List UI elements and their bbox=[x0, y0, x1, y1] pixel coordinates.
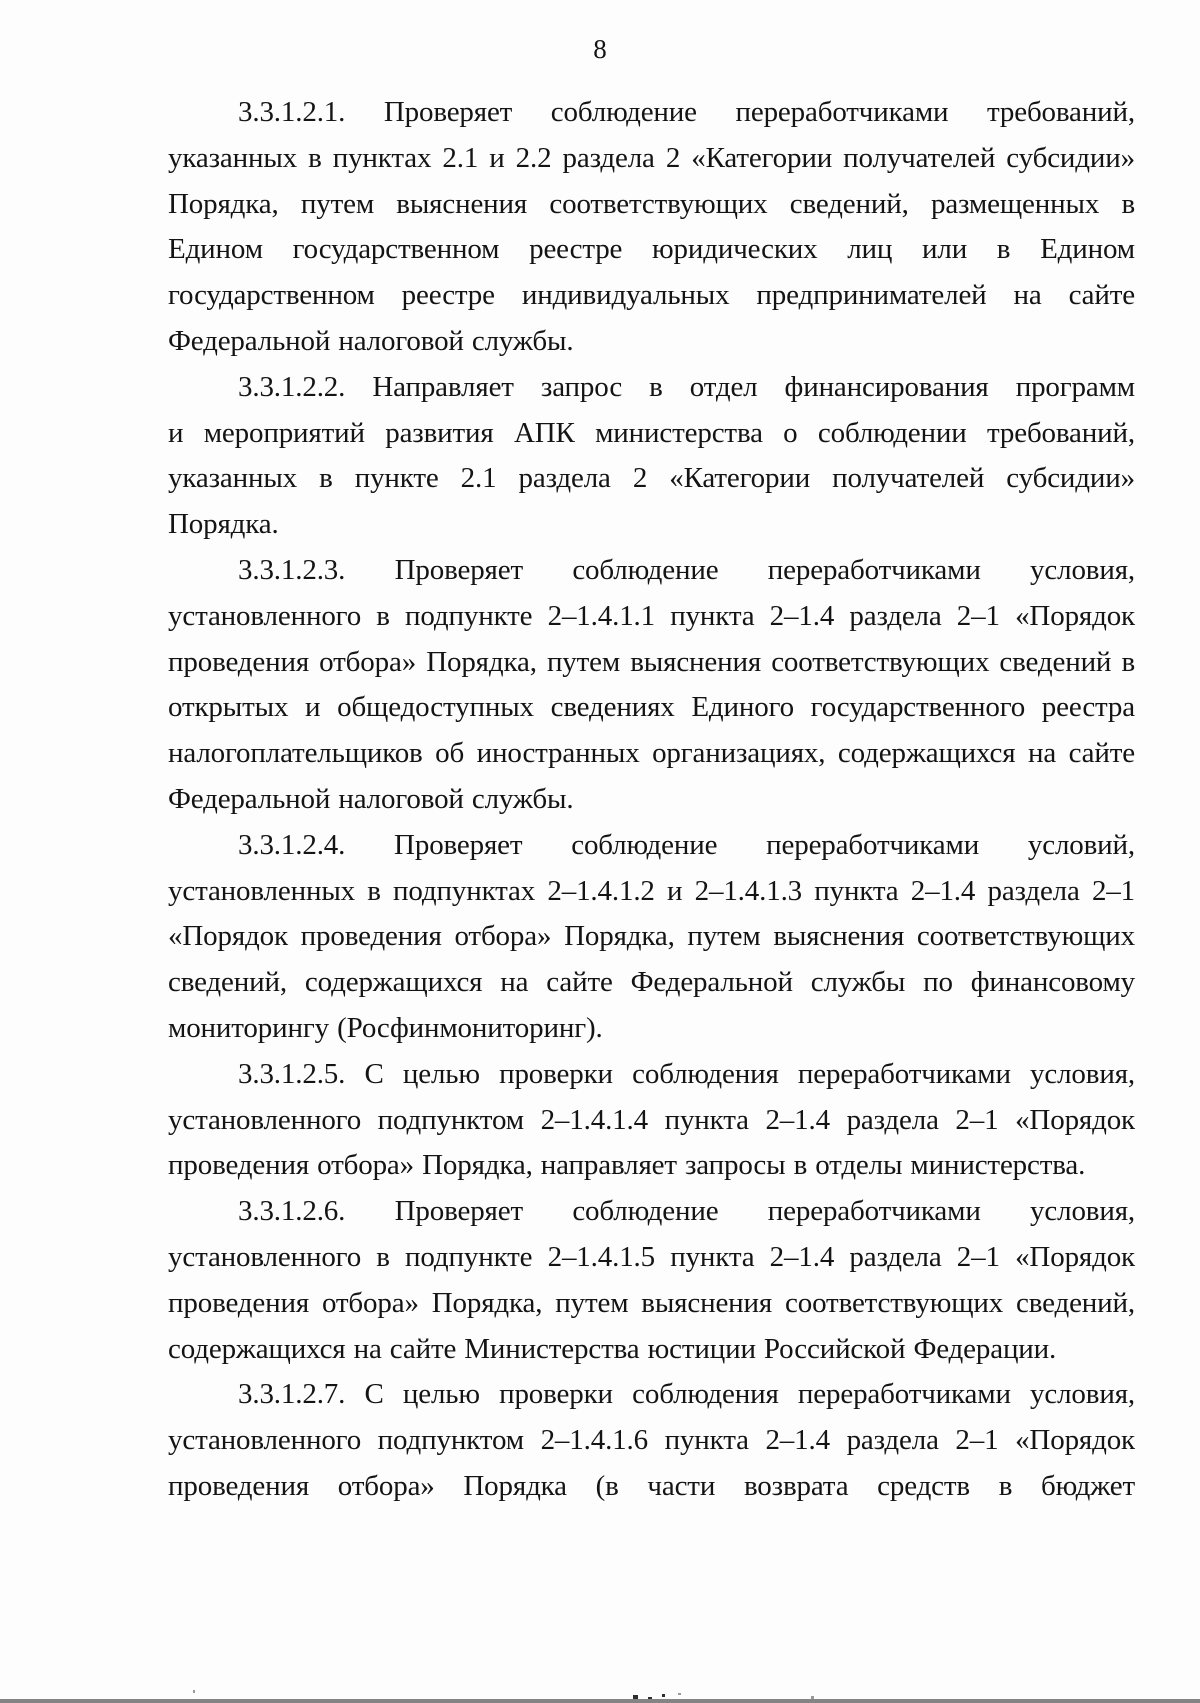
page-number: 8 bbox=[0, 34, 1200, 64]
text-line: Едином государственном реестре юридическ… bbox=[168, 227, 1135, 273]
text-line: и мероприятий развития АПК министерства … bbox=[168, 411, 1135, 457]
text-line: указанных в пунктах 2.1 и 2.2 раздела 2 … bbox=[168, 136, 1135, 182]
text-line: «Порядок проведения отбора» Порядка, пут… bbox=[168, 914, 1135, 960]
text-line: 3.3.1.2.6. Проверяет соблюдение перерабо… bbox=[168, 1189, 1135, 1235]
paragraph-3-3-1-2-1: 3.3.1.2.1. Проверяет соблюдение перерабо… bbox=[168, 90, 1135, 365]
text-line: проведения отбора» Порядка (в части возв… bbox=[168, 1464, 1135, 1510]
text-line: сведений, содержащихся на сайте Федераль… bbox=[168, 960, 1135, 1006]
text-line: проведения отбора» Порядка, направляет з… bbox=[168, 1143, 1135, 1189]
text-line: открытых и общедоступных сведениях Едино… bbox=[168, 685, 1135, 731]
text-line: содержащихся на сайте Министерства юстиц… bbox=[168, 1327, 1135, 1373]
text-line: установленного подпунктом 2–1.4.1.6 пунк… bbox=[168, 1418, 1135, 1464]
text-line: 3.3.1.2.1. Проверяет соблюдение перерабо… bbox=[168, 90, 1135, 136]
text-line: Федеральной налоговой службы. bbox=[168, 319, 1135, 365]
scan-speck bbox=[193, 1690, 195, 1693]
scan-speck bbox=[662, 1694, 665, 1697]
text-line: проведения отбора» Порядка, путем выясне… bbox=[168, 640, 1135, 686]
paragraph-3-3-1-2-5: 3.3.1.2.5. С целью проверки соблюдения п… bbox=[168, 1052, 1135, 1189]
document-page: 8 3.3.1.2.1. Проверяет соблюдение перера… bbox=[0, 0, 1200, 1703]
scan-edge-artifact bbox=[0, 1699, 1200, 1703]
text-line: указанных в пункте 2.1 раздела 2 «Катего… bbox=[168, 456, 1135, 548]
text-line: установленного в подпункте 2–1.4.1.5 пун… bbox=[168, 1235, 1135, 1281]
text-line: 3.3.1.2.7. С целью проверки соблюдения п… bbox=[168, 1372, 1135, 1418]
text-line: 3.3.1.2.3. Проверяет соблюдение перерабо… bbox=[168, 548, 1135, 594]
text-line: 3.3.1.2.4. Проверяет соблюдение перерабо… bbox=[168, 823, 1135, 869]
text-line: установленного в подпункте 2–1.4.1.1 пун… bbox=[168, 594, 1135, 640]
paragraph-3-3-1-2-6: 3.3.1.2.6. Проверяет соблюдение перерабо… bbox=[168, 1189, 1135, 1372]
scan-speck bbox=[678, 1693, 681, 1695]
text-line: проведения отбора» Порядка, путем выясне… bbox=[168, 1281, 1135, 1327]
text-line: 3.3.1.2.2. Направляет запрос в отдел фин… bbox=[168, 365, 1135, 411]
text-line: установленного подпунктом 2–1.4.1.4 пунк… bbox=[168, 1098, 1135, 1144]
text-line: государственном реестре индивидуальных п… bbox=[168, 273, 1135, 319]
paragraph-3-3-1-2-4: 3.3.1.2.4. Проверяет соблюдение перерабо… bbox=[168, 823, 1135, 1052]
text-line: мониторингу (Росфинмониторинг). bbox=[168, 1006, 1135, 1052]
paragraph-3-3-1-2-2: 3.3.1.2.2. Направляет запрос в отдел фин… bbox=[168, 365, 1135, 548]
text-line: установленных в подпунктах 2–1.4.1.2 и 2… bbox=[168, 869, 1135, 915]
text-line: налогоплательщиков об иностранных органи… bbox=[168, 731, 1135, 777]
document-body: 3.3.1.2.1. Проверяет соблюдение перерабо… bbox=[168, 90, 1135, 1510]
paragraph-3-3-1-2-3: 3.3.1.2.3. Проверяет соблюдение перерабо… bbox=[168, 548, 1135, 823]
text-line: Порядка, путем выяснения соответствующих… bbox=[168, 182, 1135, 228]
text-line: 3.3.1.2.5. С целью проверки соблюдения п… bbox=[168, 1052, 1135, 1098]
text-line: Федеральной налоговой службы. bbox=[168, 777, 1135, 823]
paragraph-3-3-1-2-7: 3.3.1.2.7. С целью проверки соблюдения п… bbox=[168, 1372, 1135, 1509]
